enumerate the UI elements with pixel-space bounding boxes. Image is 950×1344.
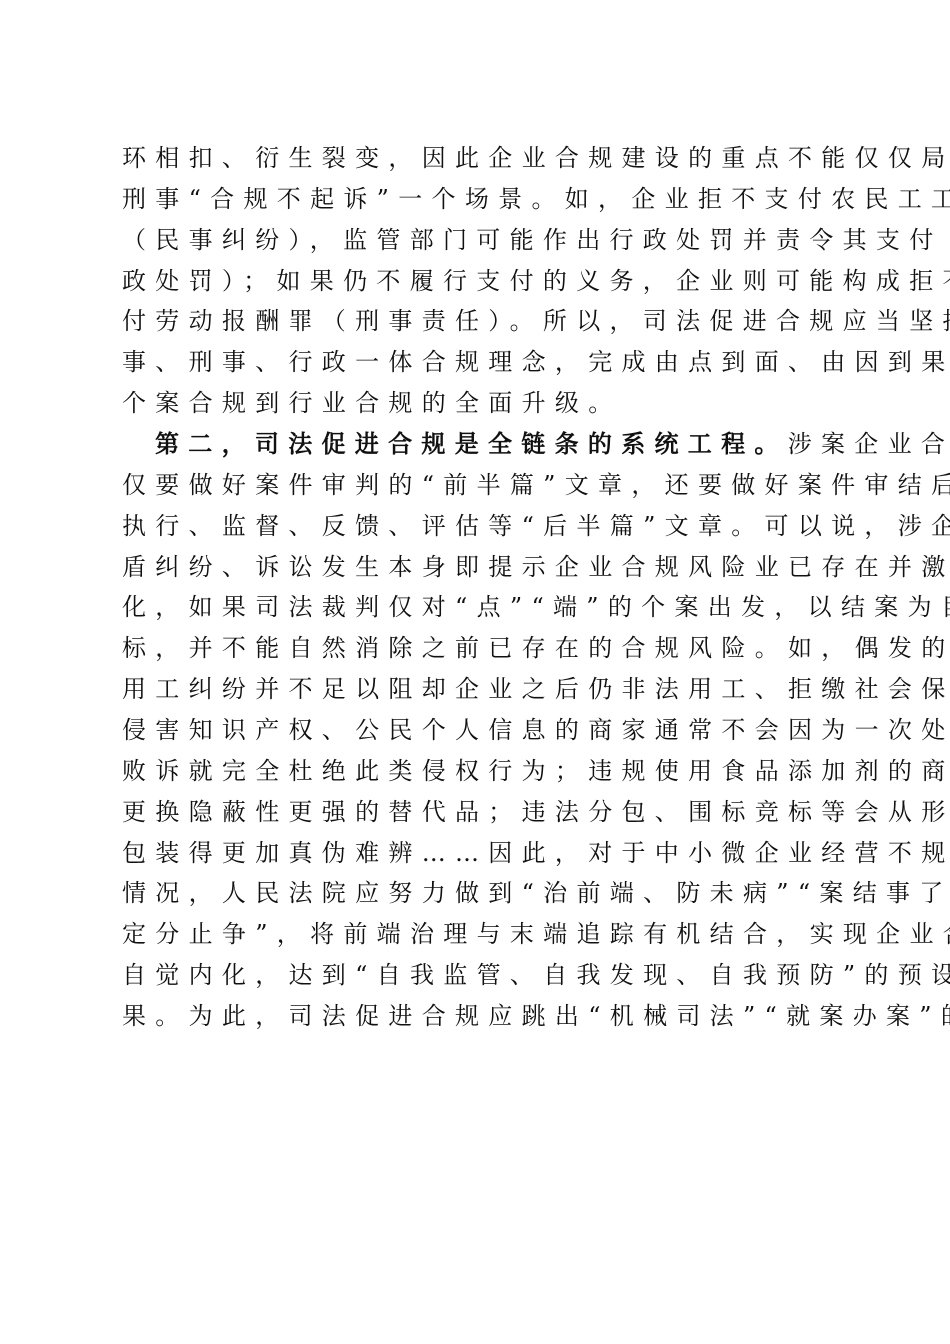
text-line: 更换隐蔽性更强的替代品；违法分包、围标竞标等会从形式上 <box>122 792 824 833</box>
text-line: 付劳动报酬罪（刑事责任）。所以，司法促进合规应当坚持民 <box>122 301 824 342</box>
text-line: 化，如果司法裁判仅对“点”“端”的个案出发，以结案为目 <box>122 587 824 628</box>
text-line: 情况，人民法院应努力做到“治前端、防未病”“案结事了、 <box>122 873 824 914</box>
text-line: 刑事“合规不起诉”一个场景。如，企业拒不支付农民工工资 <box>122 179 824 220</box>
text-line: 仅要做好案件审判的“前半篇”文章，还要做好案件审结后的 <box>122 465 824 506</box>
text-line: 自觉内化，达到“自我监管、自我发现、自我预防”的预设效 <box>122 955 824 996</box>
text-line: 政处罚）；如果仍不履行支付的义务，企业则可能构成拒不支 <box>122 261 824 302</box>
text-line: 败诉就完全杜绝此类侵权行为；违规使用食品添加剂的商人会 <box>122 751 824 792</box>
text-line: 盾纠纷、诉讼发生本身即提示企业合规风险业已存在并激化恶 <box>122 547 824 588</box>
text-line: 事、刑事、行政一体合规理念，完成由点到面、由因到果、从 <box>122 342 824 383</box>
text-line: 个案合规到行业合规的全面升级。 <box>122 383 824 424</box>
document-page: 环相扣、衍生裂变，因此企业合规建设的重点不能仅仅局限于 刑事“合规不起诉”一个场… <box>122 138 824 1037</box>
paragraph-continuation: 环相扣、衍生裂变，因此企业合规建设的重点不能仅仅局限于 刑事“合规不起诉”一个场… <box>122 138 824 424</box>
text-line: 包装得更加真伪难辨……因此，对于中小微企业经营不规范的 <box>122 833 824 874</box>
text-line-first: 第二，司法促进合规是全链条的系统工程。涉案企业合规不 <box>122 424 824 465</box>
text-line: 用工纠纷并不足以阻却企业之后仍非法用工、拒缴社会保险； <box>122 669 824 710</box>
paragraph-second-point: 第二，司法促进合规是全链条的系统工程。涉案企业合规不 仅要做好案件审判的“前半篇… <box>122 424 824 1037</box>
text-run: 涉案企业合规不 <box>788 430 950 458</box>
paragraph-heading: 第二，司法促进合规是全链条的系统工程。 <box>155 429 788 458</box>
text-line: 侵害知识产权、公民个人信息的商家通常不会因为一次处罚或 <box>122 710 824 751</box>
text-line: 标，并不能自然消除之前已存在的合规风险。如，偶发的临时 <box>122 628 824 669</box>
text-line: 定分止争”，将前端治理与末端追踪有机结合，实现企业合规 <box>122 914 824 955</box>
text-line: 环相扣、衍生裂变，因此企业合规建设的重点不能仅仅局限于 <box>122 138 824 179</box>
text-line: （民事纠纷），监管部门可能作出行政处罚并责令其支付（行 <box>122 220 824 261</box>
text-line: 果。为此，司法促进合规应跳出“机械司法”“就案办案”的 <box>122 996 824 1037</box>
text-line: 执行、监督、反馈、评估等“后半篇”文章。可以说，涉企矛 <box>122 506 824 547</box>
